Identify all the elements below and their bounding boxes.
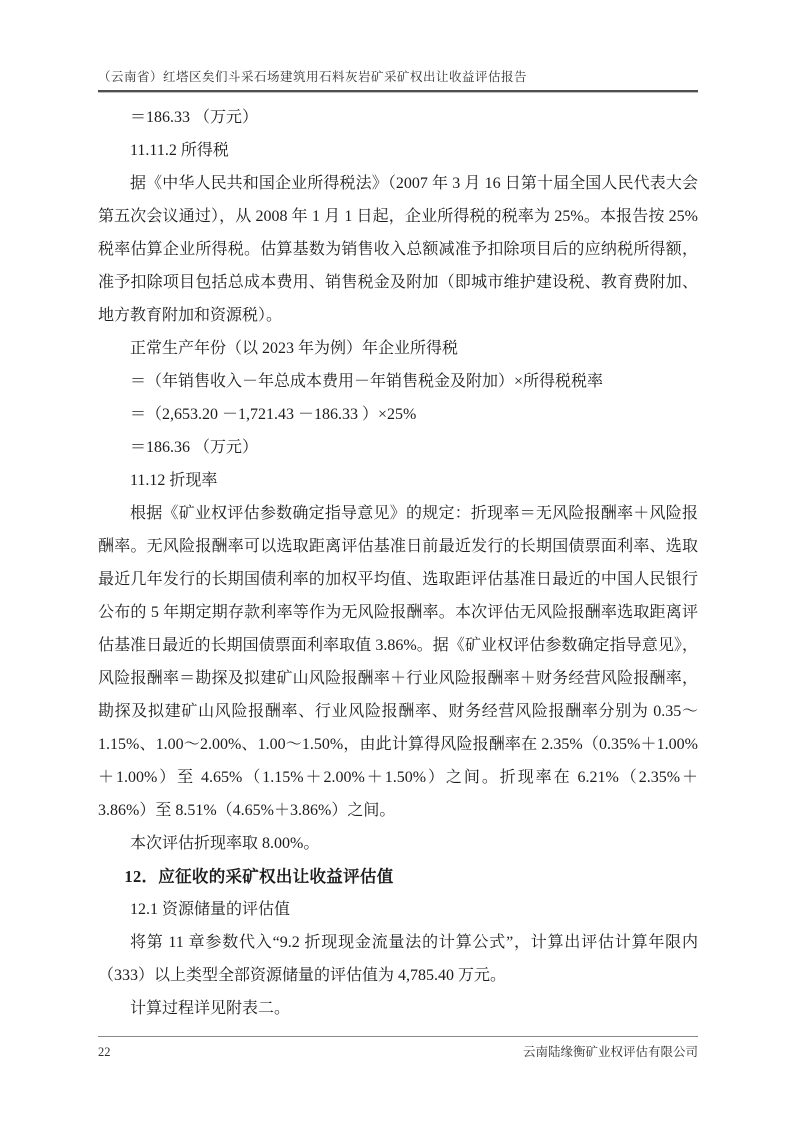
chapter-heading: 12．应征收的采矿权出让收益评估值 [124,860,698,893]
page-footer: 22 云南陆缘衡矿业权评估有限公司 [98,1036,698,1060]
section-heading: 11.12 折现率 [130,464,698,497]
company-name: 云南陆缘衡矿业权评估有限公司 [523,1042,698,1060]
page-header: （云南省）红塔区矣们斗采石场建筑用石料灰岩矿采矿权出让收益评估报告 [98,68,698,93]
body-paragraph: 据《中华人民共和国企业所得税法》（2007 年 3 月 16 日第十届全国人民代… [98,167,698,332]
header-divider [98,90,698,93]
body-paragraph: 将第 11 章参数代入“9.2 折现现金流量法的计算公式”，计算出评估计算年限内… [98,926,698,992]
formula-line: ＝186.36 （万元） [130,431,698,464]
report-title: （云南省）红塔区矣们斗采石场建筑用石料灰岩矿采矿权出让收益评估报告 [98,68,698,86]
formula-line: ＝（年销售收入－年总成本费用－年销售税金及附加）×所得税税率 [130,365,698,398]
page-number: 22 [98,1045,111,1060]
body-paragraph: 计算过程详见附表二。 [98,992,698,1025]
document-page: （云南省）红塔区矣们斗采石场建筑用石料灰岩矿采矿权出让收益评估报告 ＝186.3… [0,0,794,1123]
formula-line: ＝186.33 （万元） [130,101,698,134]
body-paragraph: 根据《矿业权评估参数确定指导意见》的规定：折现率＝无风险报酬率＋风险报酬率。无风… [98,497,698,827]
body-paragraph: 本次评估折现率取 8.00%。 [98,827,698,860]
formula-line: ＝（2,653.20 －1,721.43 －186.33 ）×25% [130,398,698,431]
section-heading: 11.11.2 所得税 [130,134,698,167]
page-body: ＝186.33 （万元） 11.11.2 所得税 据《中华人民共和国企业所得税法… [98,101,698,1025]
formula-intro-line: 正常生产年份（以 2023 年为例）年企业所得税 [130,332,698,365]
section-heading: 12.1 资源储量的评估值 [130,893,698,926]
